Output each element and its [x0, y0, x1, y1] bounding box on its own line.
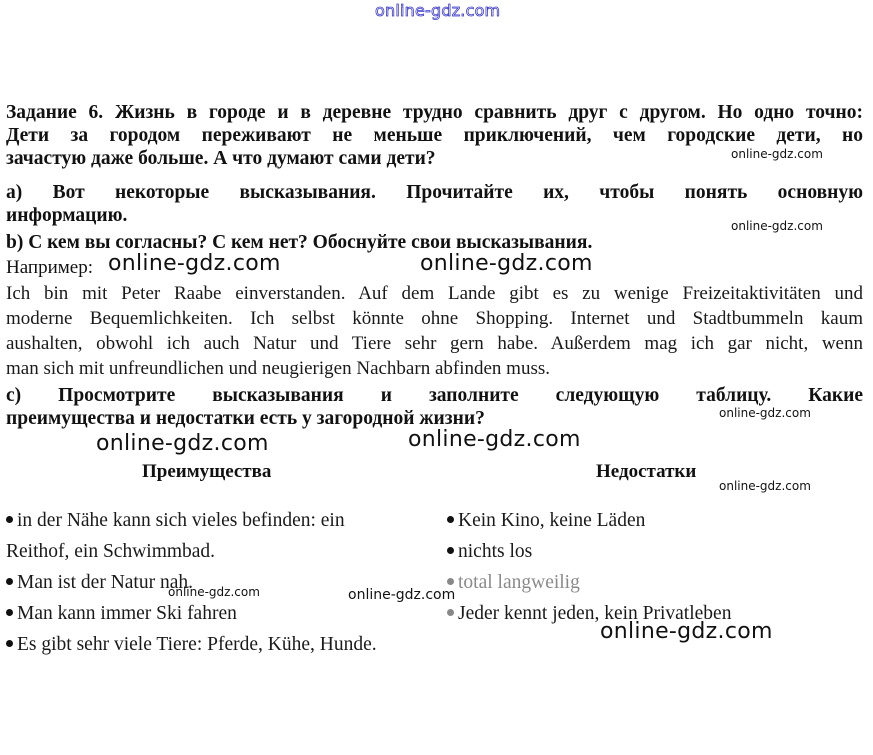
disadvantage-text: nichts los: [458, 541, 532, 562]
watermark: online-gdz.com: [96, 431, 269, 456]
task-heading-line-2: Дети за городом переживают не меньше при…: [6, 124, 863, 147]
bullet-icon: [447, 547, 454, 554]
example-line-3: aushalten, obwohl ich auch Natur und Tie…: [6, 331, 863, 356]
disadvantage-text: Kein Kino, keine Läden: [458, 510, 645, 531]
watermark: online-gdz.com: [719, 406, 811, 420]
watermark: online-gdz.com: [731, 219, 823, 233]
example-line-2: moderne Bequemlichkeiten. Ich selbst kön…: [6, 306, 863, 331]
disadvantages-header: Недостатки: [596, 461, 696, 483]
watermark-top: online-gdz.com: [375, 1, 500, 20]
part-a-line-1: a) Вот некоторые высказывания. Прочитайт…: [6, 181, 863, 204]
watermark: online-gdz.com: [408, 427, 581, 452]
bullet-icon: [447, 516, 454, 523]
advantage-item: in der Nähe kann sich vieles befinden: e…: [6, 505, 377, 536]
watermark: online-gdz.com: [348, 587, 455, 603]
advantage-item-continuation: Reithof, ein Schwimmbad.: [6, 536, 377, 567]
advantages-list: in der Nähe kann sich vieles befinden: e…: [6, 505, 377, 660]
bullet-icon: [6, 609, 13, 616]
advantage-text: Es gibt sehr viele Tiere: Pferde, Kühe, …: [17, 634, 377, 655]
watermark: online-gdz.com: [731, 147, 823, 161]
bullet-icon: [6, 640, 13, 647]
disadvantage-text: total langweilig: [458, 572, 580, 593]
advantage-text: Man ist der Natur nah.: [17, 572, 193, 593]
watermark: online-gdz.com: [168, 585, 260, 599]
task-heading-line-1: Задание 6. Жизнь в городе и в деревне тр…: [6, 101, 863, 124]
advantage-item: Man kann immer Ski fahren: [6, 598, 377, 629]
example-line-4: man sich mit unfreundlichen und neugieri…: [6, 356, 863, 381]
disadvantages-list: Kein Kino, keine Läden nichts los total …: [447, 505, 731, 629]
watermark: online-gdz.com: [108, 251, 281, 276]
advantage-text: in der Nähe kann sich vieles befinden: e…: [17, 510, 345, 531]
advantage-text: Man kann immer Ski fahren: [17, 603, 237, 624]
example-paragraph: Ich bin mit Peter Raabe einverstanden. A…: [6, 281, 863, 381]
part-c-line-1: c) Просмотрите высказывания и заполните …: [6, 384, 863, 407]
disadvantage-item: total langweilig: [447, 567, 731, 598]
watermark: online-gdz.com: [719, 479, 811, 493]
bullet-icon: [6, 578, 13, 585]
advantage-item: Es gibt sehr viele Tiere: Pferde, Kühe, …: [6, 629, 377, 660]
bullet-icon: [447, 609, 454, 616]
bullet-icon: [447, 578, 454, 585]
advantages-header: Преимущества: [142, 461, 271, 483]
disadvantage-item: nichts los: [447, 536, 731, 567]
watermark: online-gdz.com: [420, 251, 593, 276]
disadvantage-item: Kein Kino, keine Läden: [447, 505, 731, 536]
advantage-text: Reithof, ein Schwimmbad.: [6, 541, 215, 562]
bullet-icon: [6, 516, 13, 523]
watermark: online-gdz.com: [600, 619, 773, 644]
example-line-1: Ich bin mit Peter Raabe einverstanden. A…: [6, 281, 863, 306]
